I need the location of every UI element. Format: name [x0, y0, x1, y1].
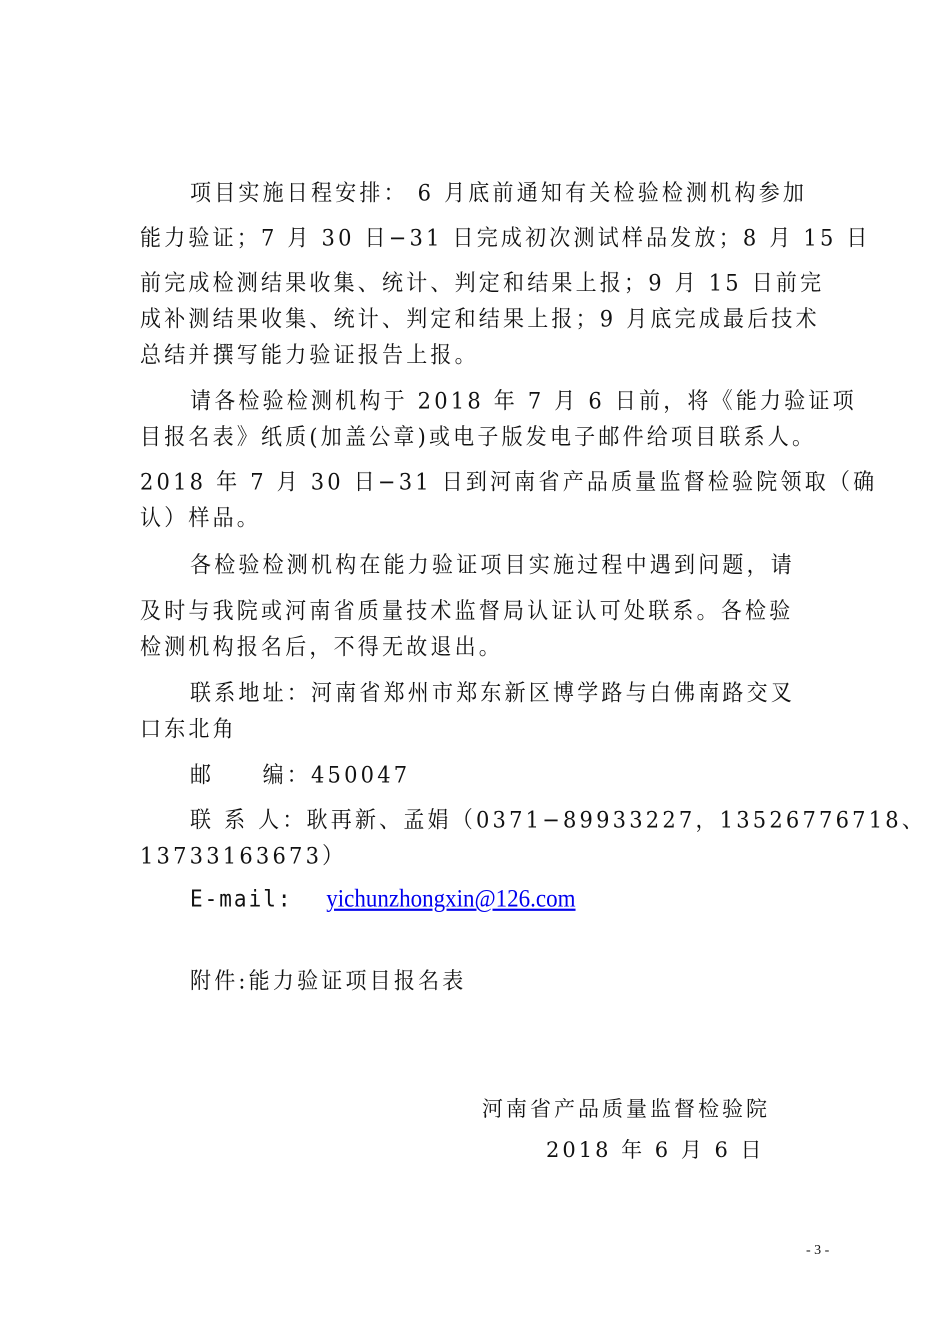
postcode-line: 邮 编：450047	[190, 762, 410, 788]
contact-line-1: 联 系 人：耿再新、孟娟（0371−89933227，13526776718、	[190, 807, 926, 833]
schedule-line-3: 前完成检测结果收集、统计、判定和结果上报；9 月 15 日前完	[140, 270, 824, 296]
registration-line-1: 请各检验检测机构于 2018 年 7 月 6 日前，将《能力验证项	[190, 388, 857, 414]
page-number: - 3 -	[806, 1243, 829, 1259]
document-page: 项目实施日程安排： 6 月底前通知有关检验检测机构参加 能力验证；7 月 30 …	[0, 0, 950, 1343]
schedule-line-1: 项目实施日程安排： 6 月底前通知有关检验检测机构参加	[190, 180, 807, 206]
schedule-line-2: 能力验证；7 月 30 日−31 日完成初次测试样品发放；8 月 15 日	[140, 225, 871, 251]
attachment-line: 附件:能力验证项目报名表	[190, 968, 466, 994]
issues-line-2: 及时与我院或河南省质量技术监督局认证认可处联系。各检验	[140, 598, 793, 624]
registration-line-3: 2018 年 7 月 30 日−31 日到河南省产品质量监督检验院领取（确	[140, 469, 877, 495]
signature-date: 2018 年 6 月 6 日	[546, 1134, 765, 1164]
registration-line-2: 目报名表》纸质(加盖公章)或电子版发电子邮件给项目联系人。	[140, 424, 816, 450]
schedule-line-4: 成补测结果收集、统计、判定和结果上报；9 月底完成最后技术	[140, 306, 820, 332]
registration-line-4: 认）样品。	[140, 505, 261, 531]
schedule-line-5: 总结并撰写能力验证报告上报。	[140, 342, 479, 368]
email-link[interactable]: yichunzhongxin@126.com	[326, 885, 575, 912]
address-line-1: 联系地址：河南省郑州市郑东新区博学路与白佛南路交叉	[190, 680, 795, 706]
email-label: E-mail:	[190, 886, 293, 912]
issues-line-3: 检测机构报名后，不得无故退出。	[140, 634, 503, 660]
address-line-2: 口东北角	[140, 716, 237, 742]
contact-line-2: 13733163673）	[140, 843, 346, 869]
issues-line-1: 各检验检测机构在能力验证项目实施过程中遇到问题，请	[190, 552, 795, 578]
signature-organization: 河南省产品质量监督检验院	[482, 1093, 770, 1123]
email-row: E-mail: yichunzhongxin@126.com	[190, 886, 576, 912]
